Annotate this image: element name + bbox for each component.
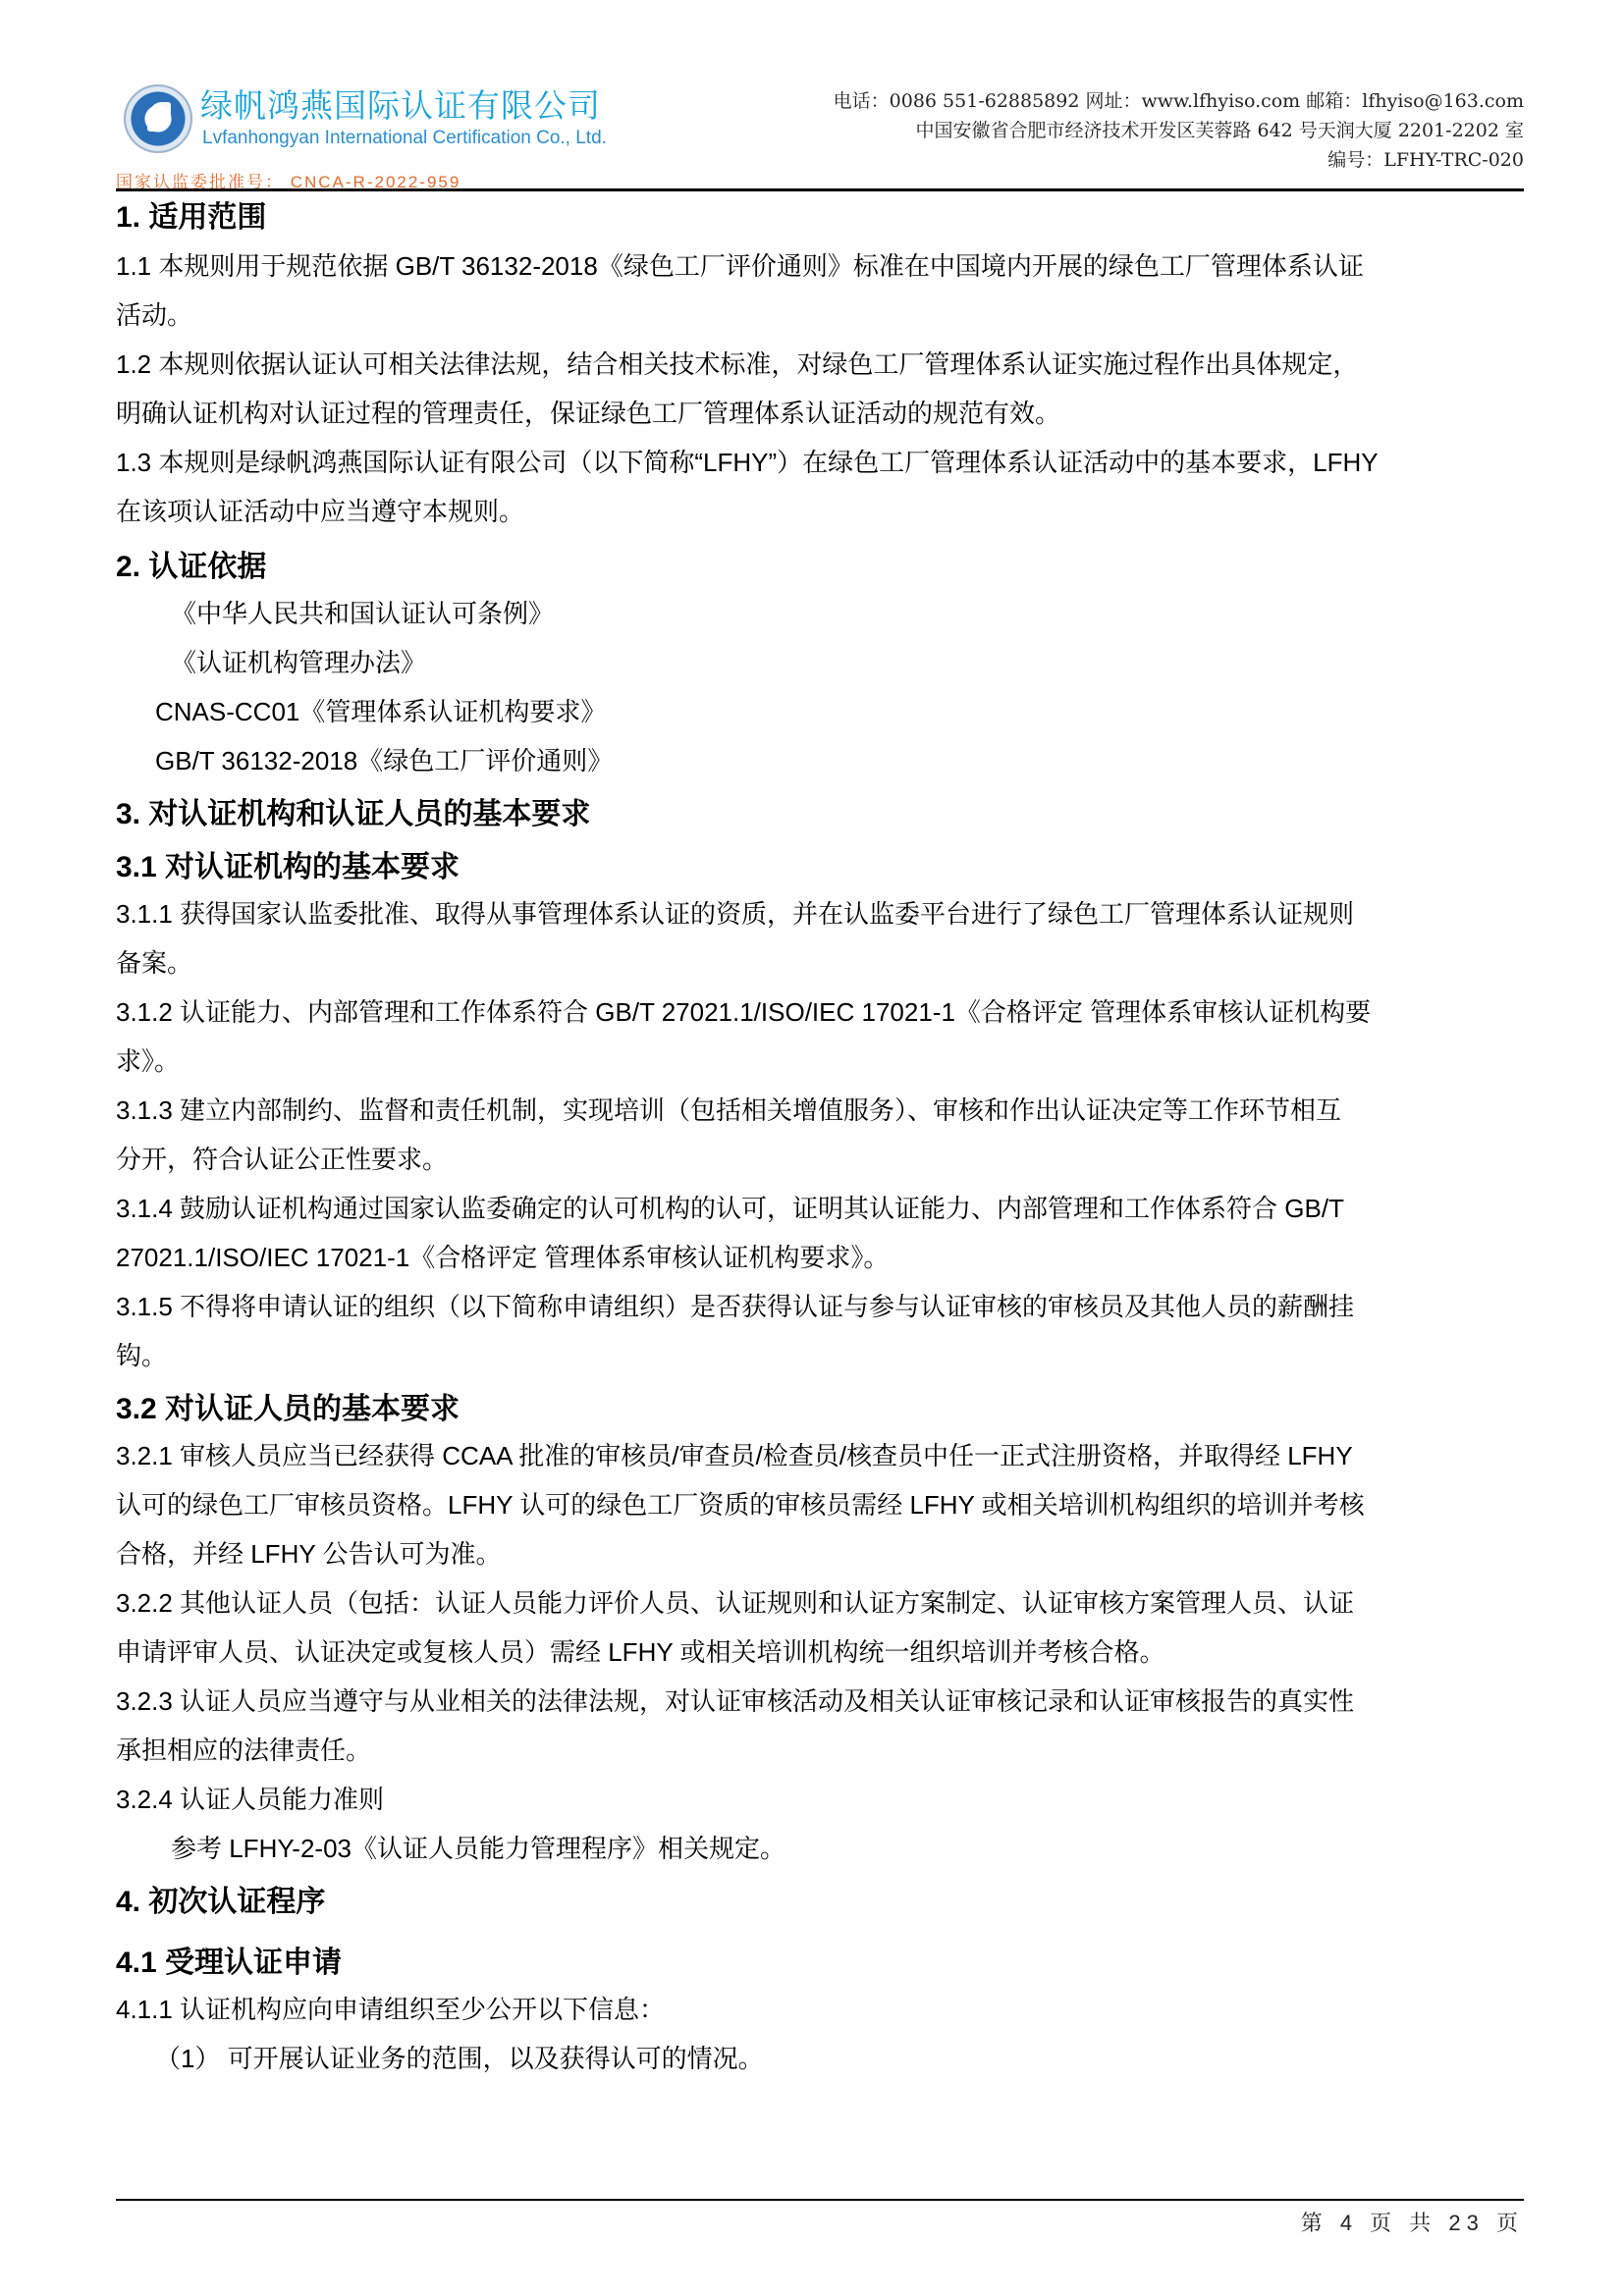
section-4-1-heading: 4.1 受理认证申请 [116, 1944, 1530, 1983]
paragraph: 1.2 本规则依据认证认可相关法律法规，结合相关技术标准，对绿色工厂管理体系认证… [116, 340, 1530, 389]
paragraph: 1.3 本规则是绿帆鸿燕国际认证有限公司（以下简称“LFHY”）在绿色工厂管理体… [116, 438, 1530, 487]
paragraph: 申请评审人员、认证决定或复核人员）需经 LFHY 或相关培训机构统一组织培训并考… [116, 1628, 1530, 1677]
reference-item: 《中华人民共和国认证认可条例》 [116, 589, 1530, 638]
contact-info: 电话：0086 551-62885892 网址：www.lfhyiso.com … [834, 86, 1524, 175]
paragraph: 3.2.1 审核人员应当已经获得 CCAA 批准的审核员/审查员/检查员/核查员… [116, 1431, 1530, 1480]
page-header: 绿帆鸿燕国际认证有限公司 Lvfanhongyan International … [116, 69, 1524, 190]
company-name-en: Lvfanhongyan International Certification… [202, 128, 607, 149]
section-1-heading: 1. 适用范围 [116, 198, 1530, 238]
paragraph: 求》。 [116, 1037, 1530, 1086]
section-3-heading: 3. 对认证机构和认证人员的基本要求 [116, 795, 1530, 834]
paragraph: 3.2.2 其他认证人员（包括：认证人员能力评价人员、认证规则和认证方案制定、认… [116, 1578, 1530, 1628]
paragraph: 3.1.2 认证能力、内部管理和工作体系符合 GB/T 27021.1/ISO/… [116, 988, 1530, 1037]
reference-item: GB/T 36132-2018《绿色工厂评价通则》 [116, 736, 1530, 785]
company-logo: 绿帆鸿燕国际认证有限公司 Lvfanhongyan International … [116, 77, 626, 189]
page-number: 第 4 页 共 23 页 [1301, 2207, 1524, 2237]
paragraph: 备案。 [116, 938, 1530, 988]
section-4-heading: 4. 初次认证程序 [116, 1883, 1530, 1922]
paragraph: 分开，符合认证公正性要求。 [116, 1135, 1530, 1184]
document-body: 1. 适用范围 1.1 本规则用于规范依据 GB/T 36132-2018《绿色… [116, 194, 1530, 2083]
paragraph: 参考 LFHY-2-03《认证人员能力管理程序》相关规定。 [116, 1824, 1530, 1873]
paragraph: 3.1.3 建立内部制约、监督和责任机制，实现培训（包括相关增值服务）、审核和作… [116, 1086, 1530, 1135]
address-line: 中国安徽省合肥市经济技术开发区芙蓉路 642 号天润大厦 2201-2202 室 [834, 116, 1524, 145]
reference-item: CNAS-CC01《管理体系认证机构要求》 [116, 687, 1530, 736]
footer-divider [116, 2199, 1524, 2201]
paragraph: 3.2.3 认证人员应当遵守与从业相关的法律法规，对认证审核活动及相关认证审核记… [116, 1677, 1530, 1726]
paragraph: 认可的绿色工厂审核员资格。LFHY 认可的绿色工厂资质的审核员需经 LFHY 或… [116, 1480, 1530, 1529]
paragraph: 承担相应的法律责任。 [116, 1726, 1530, 1775]
paragraph: 1.1 本规则用于规范依据 GB/T 36132-2018《绿色工厂评价通则》标… [116, 241, 1530, 291]
paragraph: 3.1.5 不得将申请认证的组织（以下简称申请组织）是否获得认证与参与认证审核的… [116, 1282, 1530, 1331]
paragraph: 明确认证机构对认证过程的管理责任，保证绿色工厂管理体系认证活动的规范有效。 [116, 389, 1530, 438]
company-name-cn: 绿帆鸿燕国际认证有限公司 [200, 80, 601, 127]
reference-item: 《认证机构管理办法》 [116, 638, 1530, 687]
section-3-2-heading: 3.2 对认证人员的基本要求 [116, 1390, 1530, 1429]
paragraph: 在该项认证活动中应当遵守本规则。 [116, 487, 1530, 536]
paragraph: 3.2.4 认证人员能力准则 [116, 1775, 1530, 1824]
header-divider [116, 188, 1524, 191]
paragraph: 3.1.1 获得国家认监委批准、取得从事管理体系认证的资质，并在认监委平台进行了… [116, 889, 1530, 938]
paragraph: 合格，并经 LFHY 公告认可为准。 [116, 1529, 1530, 1578]
list-item: （1） 可开展认证业务的范围，以及获得认可的情况。 [116, 2034, 1530, 2083]
document-number: 编号：LFHY-TRC-020 [834, 145, 1524, 175]
contact-line: 电话：0086 551-62885892 网址：www.lfhyiso.com … [834, 86, 1524, 116]
paragraph: 活动。 [116, 291, 1530, 340]
company-logo-emblem-icon [124, 84, 192, 153]
paragraph: 钩。 [116, 1331, 1530, 1380]
paragraph: 4.1.1 认证机构应向申请组织至少公开以下信息： [116, 1985, 1530, 2034]
section-3-1-heading: 3.1 对认证机构的基本要求 [116, 848, 1530, 887]
paragraph: 3.1.4 鼓励认证机构通过国家认监委确定的认可机构的认可，证明其认证能力、内部… [116, 1184, 1530, 1233]
paragraph: 27021.1/ISO/IEC 17021-1《合格评定 管理体系审核认证机构要… [116, 1233, 1530, 1282]
section-2-heading: 2. 认证依据 [116, 548, 1530, 587]
